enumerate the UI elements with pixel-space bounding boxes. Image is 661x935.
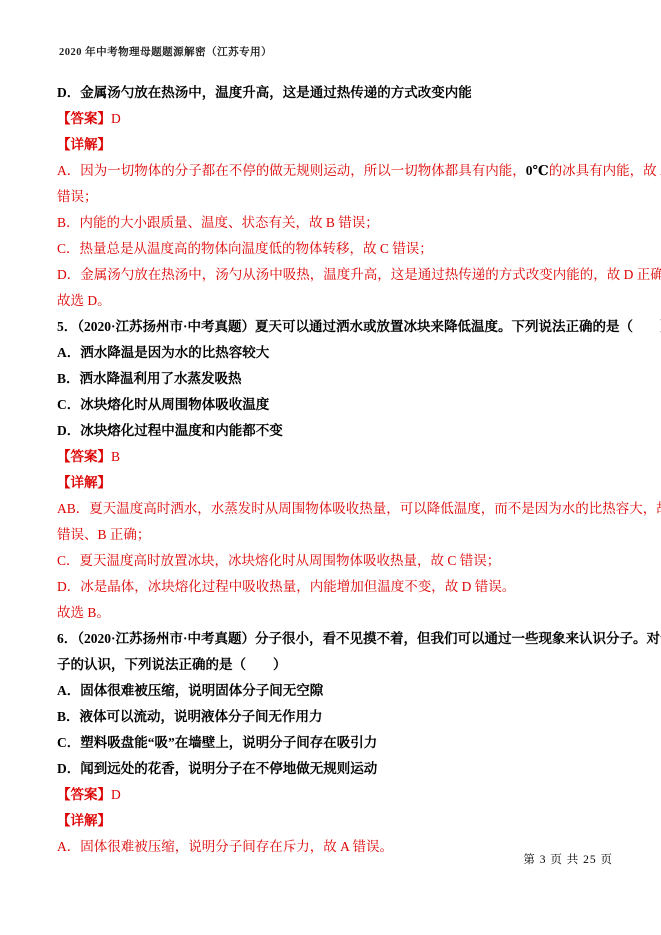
question-option-line: D．冰块熔化过程中温度和内能都不变 [57, 418, 609, 444]
detail-label: 【详解】 [57, 475, 111, 490]
explanation-line: C．夏天温度高时放置冰块，冰块熔化时从周围物体吸收热量，故 C 错误； [57, 548, 609, 574]
answer-label: 【答案】 [57, 787, 111, 802]
detail-label-line: 【详解】 [57, 470, 609, 496]
detail-label: 【详解】 [57, 813, 111, 828]
detail-label-line: 【详解】 [57, 132, 609, 158]
answer-line: 【答案】D [57, 782, 609, 808]
explanation-text: 的冰具有内能，故 A [549, 163, 661, 178]
answer-line: 【答案】B [57, 444, 609, 470]
answer-label: 【答案】 [57, 449, 111, 464]
explanation-line: 错误； [57, 184, 609, 210]
question-stem-line: 5．（2020·江苏扬州市·中考真题）夏天可以通过洒水或放置冰块来降低温度。下列… [57, 314, 609, 340]
question-option-line: D．闻到远处的花香，说明分子在不停地做无规则运动 [57, 756, 609, 782]
document-header-title: 2020 年中考物理母题题源解密（江苏专用） [59, 44, 272, 59]
question-option-line: A．洒水降温是因为水的比热容较大 [57, 340, 609, 366]
explanation-line: D．冰是晶体，冰块熔化过程中吸收热量，内能增加但温度不变，故 D 错误。 [57, 574, 609, 600]
document-body: D．金属汤勺放在热汤中，温度升高，这是通过热传递的方式改变内能 【答案】D 【详… [57, 80, 609, 860]
conclusion-line: 故选 B。 [57, 600, 609, 626]
emphasized-value: 0℃ [526, 163, 549, 178]
answer-line: 【答案】D [57, 106, 609, 132]
explanation-line: C．热量总是从温度高的物体向温度低的物体转移，故 C 错误； [57, 236, 609, 262]
explanation-line: A．因为一切物体的分子都在不停的做无规则运动，所以一切物体都具有内能，0℃的冰具… [57, 158, 609, 184]
question-option-line: C．冰块熔化时从周围物体吸收温度 [57, 392, 609, 418]
question-stem-line: 子的认识，下列说法正确的是（ ） [57, 652, 609, 678]
question-stem-line: 6．（2020·江苏扬州市·中考真题）分子很小，看不见摸不着，但我们可以通过一些… [57, 626, 609, 652]
detail-label-line: 【详解】 [57, 808, 609, 834]
explanation-text: A．因为一切物体的分子都在不停的做无规则运动，所以一切物体都具有内能， [57, 163, 526, 178]
detail-label: 【详解】 [57, 137, 111, 152]
document-page: 2020 年中考物理母题题源解密（江苏专用） D．金属汤勺放在热汤中，温度升高，… [0, 0, 661, 935]
explanation-line: 错误、B 正确； [57, 522, 609, 548]
answer-value: D [111, 787, 121, 802]
question-option-line: B．洒水降温利用了水蒸发吸热 [57, 366, 609, 392]
page-number-footer: 第 3 页 共 25 页 [523, 851, 613, 867]
question-option-line: C．塑料吸盘能“吸”在墙壁上，说明分子间存在吸引力 [57, 730, 609, 756]
question-option-line: B．液体可以流动，说明液体分子间无作用力 [57, 704, 609, 730]
answer-label: 【答案】 [57, 111, 111, 126]
explanation-line: B．内能的大小跟质量、温度、状态有关，故 B 错误； [57, 210, 609, 236]
answer-value: B [111, 449, 120, 464]
explanation-line: AB．夏天温度高时洒水，水蒸发时从周围物体吸收热量，可以降低温度，而不是因为水的… [57, 496, 609, 522]
explanation-line: D．金属汤勺放在热汤中，汤勺从汤中吸热，温度升高，这是通过热传递的方式改变内能的… [57, 262, 609, 288]
answer-value: D [111, 111, 121, 126]
conclusion-line: 故选 D。 [57, 288, 609, 314]
question-option-line: A．固体很难被压缩，说明固体分子间无空隙 [57, 678, 609, 704]
question-option-line: D．金属汤勺放在热汤中，温度升高，这是通过热传递的方式改变内能 [57, 80, 609, 106]
